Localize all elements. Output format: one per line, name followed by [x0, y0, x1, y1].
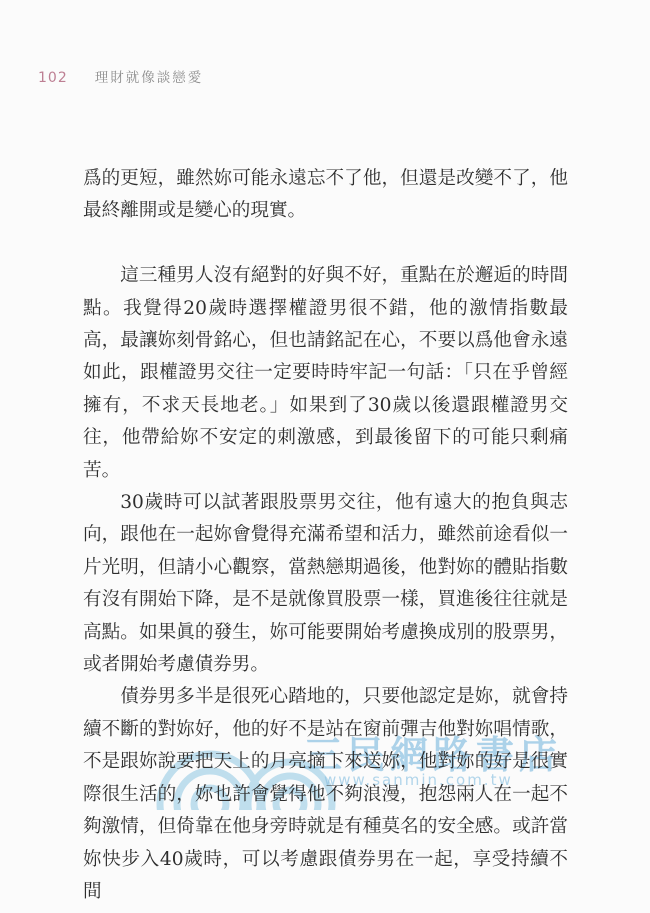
running-header: 102 理財就像談戀愛: [38, 66, 203, 86]
paragraph: 30歲時可以試著跟股票男交往，他有遠大的抱負與志向，跟他在一起妳會覺得充滿希望和…: [83, 487, 568, 681]
book-page: 102 理財就像談戀愛 三民網路書店 www.sanmin.com.tw 爲的更…: [0, 0, 650, 913]
body-text: 爲的更短，雖然妳可能永遠忘不了他，但還是改變不了，他最終離開或是變心的現實。這三…: [83, 163, 568, 908]
page-number: 102: [38, 70, 68, 86]
paragraph: 債券男多半是很死心踏地的，只要他認定是妳，就會持續不斷的對妳好，他的好不是站在窗…: [83, 681, 568, 908]
paragraph: 這三種男人沒有絕對的好與不好，重點在於邂逅的時間點。我覺得20歲時選擇權證男很不…: [83, 260, 568, 487]
paragraph: 爲的更短，雖然妳可能永遠忘不了他，但還是改變不了，他最終離開或是變心的現實。: [83, 163, 568, 228]
book-title: 理財就像談戀愛: [95, 66, 204, 86]
